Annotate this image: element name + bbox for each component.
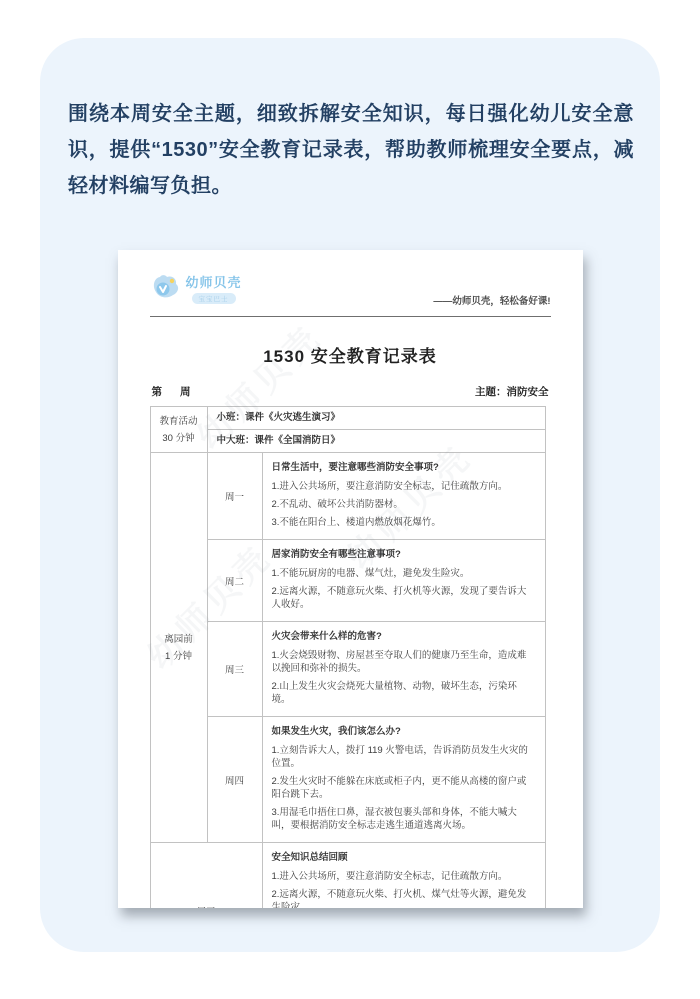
daily-label-cell: 离园前 1 分钟 <box>150 453 207 843</box>
point-line: 2.远离火源，不随意玩火柴、打火机等火源，发现了要告诉大人收好。 <box>272 585 536 611</box>
question-line: 居家消防安全有哪些注意事项? <box>272 548 536 562</box>
point-line: 2.山上发生火灾会烧死大量植物、动物，破坏生态，污染环境。 <box>272 680 536 706</box>
point-line: 2.远离火源，不随意玩火柴、打火机、煤气灶等火源，避免发生险灾。 <box>272 888 536 908</box>
points-list: 1.火会烧毁财物、房屋甚至夺取人们的健康乃至生命，造成难以挽回和弥补的损失。2.… <box>272 649 536 706</box>
point-line: 2.发生火灾时不能躲在床底或柜子内，更不能从高楼的窗户或阳台跳下去。 <box>272 775 536 801</box>
brand-badge: 宝宝巴士 <box>192 293 236 304</box>
theme-field: 主题：消防安全 <box>475 384 549 399</box>
day-content-cell: 居家消防安全有哪些注意事项? 1.不能玩厨房的电器、煤气灶，避免发生险灾。2.远… <box>262 540 545 622</box>
points-list: 1.进入公共场所，要注意消防安全标志，记住疏散方向。2.不乱动、破坏公共消防器材… <box>272 480 536 529</box>
point-line: 3.不能在阳台上、楼道内燃放烟花爆竹。 <box>272 516 536 529</box>
table-row: 周五 5 分钟 安全知识总结回顾 1.进入公共场所，要注意消防安全标志，记住疏散… <box>150 843 545 909</box>
shell-hand-logo-icon <box>150 272 182 309</box>
day-cell: 周一 <box>207 453 262 540</box>
question-line: 日常生活中，要注意哪些消防安全事项? <box>272 461 536 475</box>
meta-row: 第周 主题：消防安全 <box>150 384 551 399</box>
point-line: 1.进入公共场所，要注意消防安全标志，记住疏散方向。 <box>272 480 536 493</box>
point-line: 1.不能玩厨房的电器、煤气灶，避免发生险灾。 <box>272 567 536 580</box>
point-line: 3.用湿毛巾捂住口鼻，湿衣被包裹头部和身体，不能大喊大叫，要根据消防安全标志走逃… <box>272 806 536 832</box>
week-field: 第周 <box>152 384 191 399</box>
table-row: 中大班：课件《全国消防日》 <box>150 430 545 453</box>
point-line: 1.进入公共场所，要注意消防安全标志，记住疏散方向。 <box>272 870 536 883</box>
document-title: 1530 安全教育记录表 <box>150 342 551 367</box>
activity-cell: 小班：课件《火灾逃生演习》 <box>207 407 545 430</box>
friday-content-cell: 安全知识总结回顾 1.进入公共场所，要注意消防安全标志，记住疏散方向。2.远离火… <box>262 843 545 909</box>
question-line: 安全知识总结回顾 <box>272 851 536 865</box>
table-row: 周三 火灾会带来什么样的危害? 1.火会烧毁财物、房屋甚至夺取人们的健康乃至生命… <box>150 622 545 717</box>
points-list: 1.立刻告诉大人，拨打 119 火警电话，告诉消防员发生火灾的位置。2.发生火灾… <box>272 744 536 832</box>
points-list: 1.进入公共场所，要注意消防安全标志，记住疏散方向。2.远离火源，不随意玩火柴、… <box>272 870 536 908</box>
day-cell: 周三 <box>207 622 262 717</box>
activity-cell: 中大班：课件《全国消防日》 <box>207 430 545 453</box>
day-content-cell: 如果发生火灾，我们该怎么办? 1.立刻告诉大人，拨打 119 火警电话，告诉消防… <box>262 717 545 843</box>
table-row: 离园前 1 分钟 周一 日常生活中，要注意哪些消防安全事项? 1.进入公共场所，… <box>150 453 545 540</box>
intro-text: 围绕本周安全主题，细致拆解安全知识，每日强化幼儿安全意识，提供“1530”安全教… <box>40 38 660 204</box>
point-line: 1.立刻告诉大人，拨打 119 火警电话，告诉消防员发生火灾的位置。 <box>272 744 536 770</box>
header-divider <box>150 316 551 317</box>
point-line: 1.火会烧毁财物、房屋甚至夺取人们的健康乃至生命，造成难以挽回和弥补的损失。 <box>272 649 536 675</box>
feature-card: 围绕本周安全主题，细致拆解安全知识，每日强化幼儿安全意识，提供“1530”安全教… <box>40 38 660 952</box>
activity-label-cell: 教育活动 30 分钟 <box>150 407 207 453</box>
record-table: 教育活动 30 分钟 小班：课件《火灾逃生演习》 中大班：课件《全国消防日》 离… <box>150 406 546 908</box>
brand-name: 幼师贝壳 <box>186 272 242 291</box>
document-preview: 幼师贝壳 幼师贝壳 幼师贝壳 幼师贝壳 宝宝巴士 ——幼师贝壳，轻松备好 <box>118 250 583 908</box>
day-content-cell: 火灾会带来什么样的危害? 1.火会烧毁财物、房屋甚至夺取人们的健康乃至生命，造成… <box>262 622 545 717</box>
table-row: 周二 居家消防安全有哪些注意事项? 1.不能玩厨房的电器、煤气灶，避免发生险灾。… <box>150 540 545 622</box>
question-line: 火灾会带来什么样的危害? <box>272 630 536 644</box>
friday-label-cell: 周五 5 分钟 <box>150 843 262 909</box>
point-line: 2.不乱动、破坏公共消防器材。 <box>272 498 536 511</box>
day-cell: 周四 <box>207 717 262 843</box>
day-content-cell: 日常生活中，要注意哪些消防安全事项? 1.进入公共场所，要注意消防安全标志，记住… <box>262 453 545 540</box>
brand-logo: 幼师贝壳 宝宝巴士 <box>150 272 242 309</box>
table-row: 周四 如果发生火灾，我们该怎么办? 1.立刻告诉大人，拨打 119 火警电话，告… <box>150 717 545 843</box>
question-line: 如果发生火灾，我们该怎么办? <box>272 725 536 739</box>
document-header: 幼师贝壳 宝宝巴士 ——幼师贝壳，轻松备好课! <box>150 263 551 309</box>
brand-tagline: ——幼师贝壳，轻松备好课! <box>433 293 550 309</box>
table-row: 教育活动 30 分钟 小班：课件《火灾逃生演习》 <box>150 407 545 430</box>
day-cell: 周二 <box>207 540 262 622</box>
points-list: 1.不能玩厨房的电器、煤气灶，避免发生险灾。2.远离火源，不随意玩火柴、打火机等… <box>272 567 536 611</box>
